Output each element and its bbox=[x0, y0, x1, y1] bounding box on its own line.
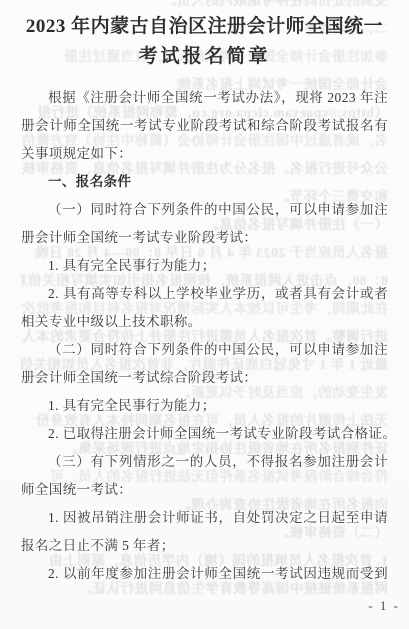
document-text-line: 2. 以前年度参加注册会计师全国统一考试因违规而受到 bbox=[21, 560, 388, 588]
title-line-1: 2023 年内蒙古自治区注册会计师全国统一 bbox=[21, 12, 388, 42]
section-heading: 一、报名条件 bbox=[21, 168, 388, 196]
page-number: - 1 - bbox=[368, 598, 400, 614]
document-text-line: 师全国统一考试： bbox=[21, 476, 388, 504]
document-text-line: （二）同时符合下列条件的中国公民，可以申请参加注 bbox=[21, 336, 388, 364]
document-text-line: 册会计师全国统一考试专业阶段考试： bbox=[21, 224, 388, 252]
document-text-line: 2. 具有高等专科以上学校毕业学历，或者具有会计或者 bbox=[21, 280, 388, 308]
document-text-line: 根据《注册会计师全国统一考试办法》，现将 2023 年注 bbox=[21, 84, 388, 112]
document-text-line: 册会计师全国统一考试综合阶段考试： bbox=[21, 364, 388, 392]
document-text-line: 1. 具有完全民事行为能力； bbox=[21, 252, 388, 280]
document-text-line: 报名之日止不满 5 年者； bbox=[21, 532, 388, 560]
document-text-line: （一）同时符合下列条件的中国公民，可以申请参加注 bbox=[21, 196, 388, 224]
document-content: 2023 年内蒙古自治区注册会计师全国统一 考试报名简章 根据《注册会计师全国统… bbox=[0, 0, 409, 588]
document-text-line: 关事项规定如下： bbox=[21, 140, 388, 168]
document-text-line: 册会计师全国统一考试专业阶段考试和综合阶段考试报名有 bbox=[21, 112, 388, 140]
document-text-line: 1. 因被吊销注册会计师证书，自处罚决定之日起至申请 bbox=[21, 504, 388, 532]
document-text-line: 相关专业中级以上技术职称。 bbox=[21, 308, 388, 336]
document-body: 根据《注册会计师全国统一考试办法》，现将 2023 年注册会计师全国统一考试专业… bbox=[21, 84, 388, 588]
document-text-line: （三）有下列情形之一的人员，不得报名参加注册会计 bbox=[21, 448, 388, 476]
title-line-2: 考试报名简章 bbox=[21, 42, 388, 72]
document-title: 2023 年内蒙古自治区注册会计师全国统一 考试报名简章 bbox=[21, 12, 388, 72]
scanned-document-page: 受到的处罚尚在停考期限内的人员。二、报名程序参加注册会计师全国统一考试的人员，应… bbox=[0, 0, 409, 629]
document-text-line: 2. 已取得注册会计师全国统一考试专业阶段考试合格证。 bbox=[21, 420, 388, 448]
document-text-line: 1. 具有完全民事行为能力； bbox=[21, 392, 388, 420]
